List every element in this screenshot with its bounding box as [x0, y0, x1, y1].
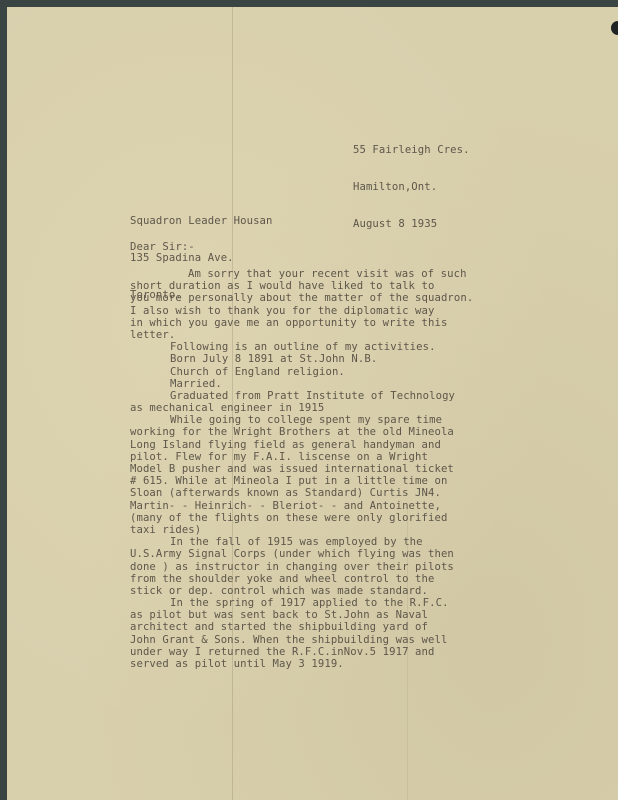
letter-body: Am sorry that your recent visit was of s…	[130, 268, 473, 670]
body-line: While going to college spent my spare ti…	[130, 414, 473, 426]
salutation: Dear Sir:-	[130, 241, 195, 253]
body-line: letter.	[130, 329, 473, 341]
body-line: you more personally about the matter of …	[130, 292, 473, 304]
recipient-name: Squadron Leader Housan	[130, 215, 273, 227]
body-line: short duration as I would have liked to …	[130, 280, 473, 292]
body-line: taxi rides)	[130, 524, 473, 536]
body-line: Martin- - Heinrich- - Bleriot- - and Ant…	[130, 500, 473, 512]
body-line: working for the Wright Brothers at the o…	[130, 426, 473, 438]
body-line: in which you gave me an opportunity to w…	[130, 317, 473, 329]
body-line: In the spring of 1917 applied to the R.F…	[130, 597, 473, 609]
body-line: under way I returned the R.F.C.inNov.5 1…	[130, 646, 473, 658]
body-line: Model B pusher and was issued internatio…	[130, 463, 473, 475]
body-line: architect and started the shipbuilding y…	[130, 621, 473, 633]
body-line: stick or dep. control which was made sta…	[130, 585, 473, 597]
body-line: Long Island flying field as general hand…	[130, 439, 473, 451]
body-line: Church of England religion.	[130, 366, 473, 378]
sender-date: August 8 1935	[353, 218, 470, 230]
sender-address-line: Hamilton,Ont.	[353, 181, 470, 193]
body-line: from the shoulder yoke and wheel control…	[130, 573, 473, 585]
recipient-street: 135 Spadina Ave.	[130, 252, 273, 264]
body-line: Am sorry that your recent visit was of s…	[130, 268, 473, 280]
body-line: In the fall of 1915 was employed by the	[130, 536, 473, 548]
body-line: Following is an outline of my activities…	[130, 341, 473, 353]
body-line: (many of the flights on these were only …	[130, 512, 473, 524]
body-line: I also wish to thank you for the diploma…	[130, 305, 473, 317]
body-line: pilot. Flew for my F.A.I. liscense on a …	[130, 451, 473, 463]
body-line: as pilot but was sent back to St.John as…	[130, 609, 473, 621]
sender-address-line: 55 Fairleigh Cres.	[353, 144, 470, 156]
body-line: Sloan (afterwards known as Standard) Cur…	[130, 487, 473, 499]
body-line: # 615. While at Mineola I put in a littl…	[130, 475, 473, 487]
body-line: Born July 8 1891 at St.John N.B.	[130, 353, 473, 365]
punch-hole	[611, 21, 618, 35]
body-line: U.S.Army Signal Corps (under which flyin…	[130, 548, 473, 560]
body-line: John Grant & Sons. When the shipbuilding…	[130, 634, 473, 646]
body-line: done ) as instructor in changing over th…	[130, 561, 473, 573]
body-line: served as pilot until May 3 1919.	[130, 658, 473, 670]
body-line: Graduated from Pratt Institute of Techno…	[130, 390, 473, 402]
sender-address: 55 Fairleigh Cres. Hamilton,Ont. August …	[353, 120, 470, 242]
body-line: as mechanical engineer in 1915	[130, 402, 473, 414]
body-line: Married.	[130, 378, 473, 390]
